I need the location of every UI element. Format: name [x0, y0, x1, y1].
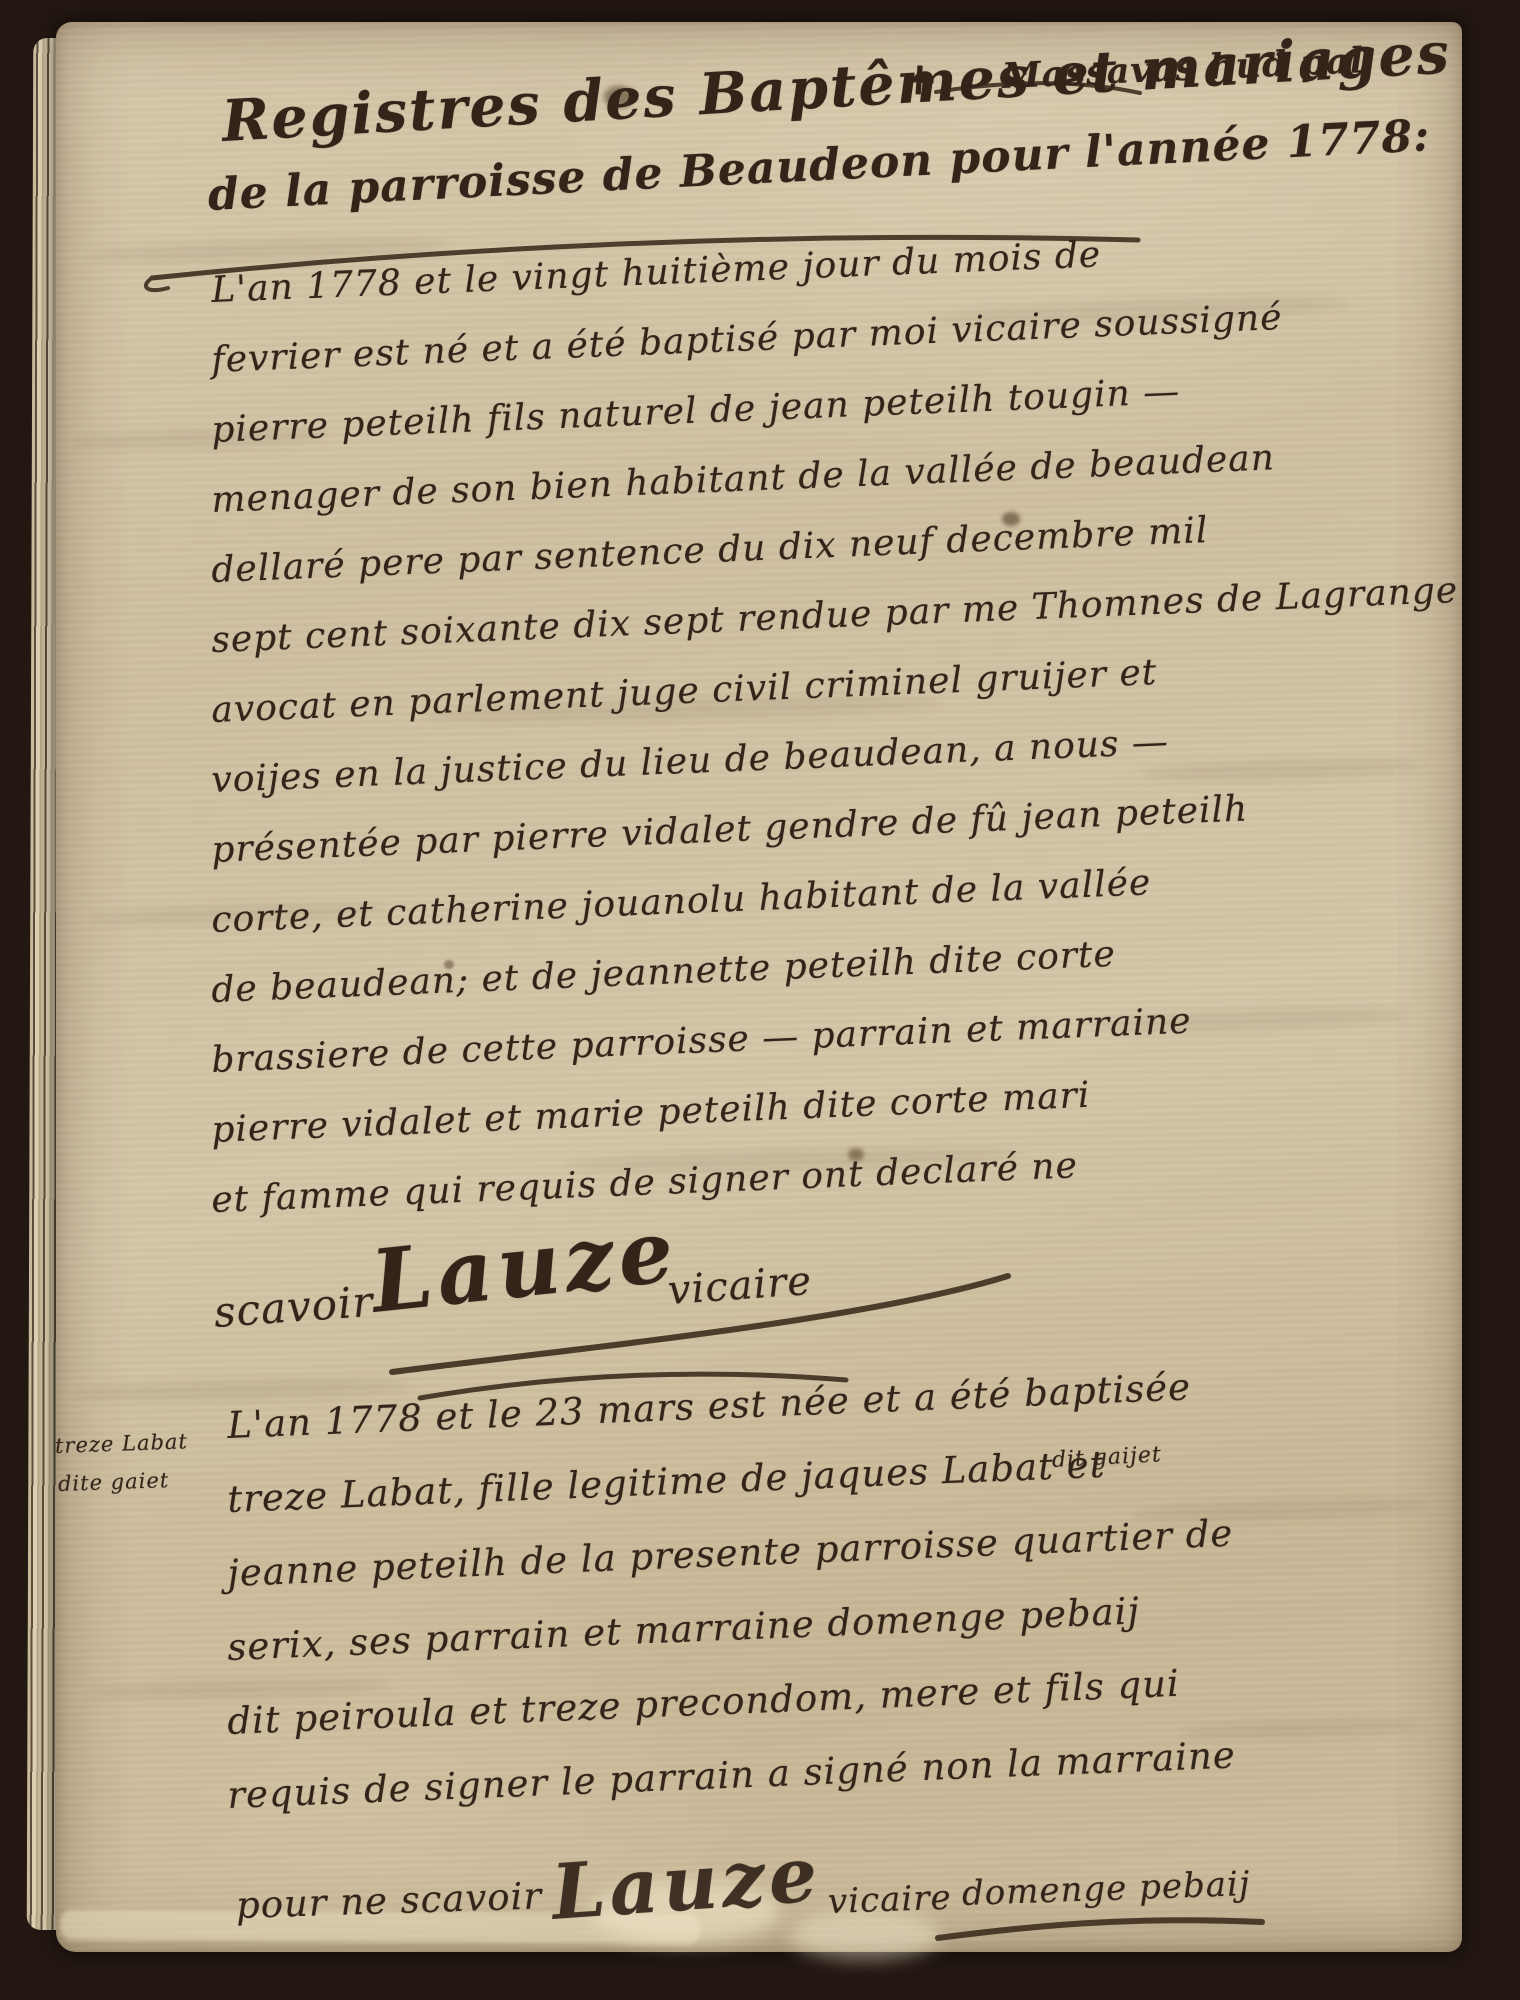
vicar-signature-2: Lauze [549, 1829, 824, 1937]
baptism-record-1: L'an 1778 et le vingt huitième jour du m… [212, 270, 1460, 1250]
baptism-record-2: L'an 1778 et le 23 mars est née et a été… [228, 1404, 1237, 1848]
margin-note-name: treze Labat [55, 1429, 189, 1458]
margin-note-alias: dite gaiet [58, 1468, 170, 1496]
vicar-signature-2-title: vicaire [827, 1878, 952, 1922]
photo-background: + Massavas hud pal Registres des Baptême… [0, 0, 1520, 2000]
